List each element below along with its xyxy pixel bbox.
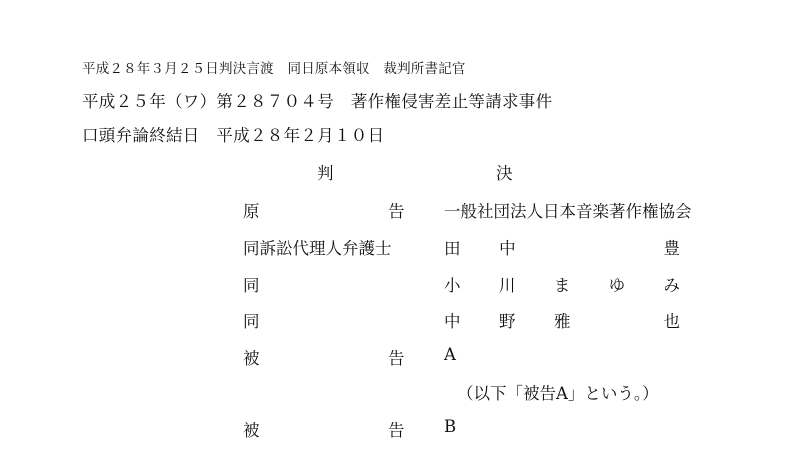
attorney-name: 中 野 雅 也 [444,308,680,332]
attorney-name: 田 中 豊 [444,235,680,259]
party-label: 同 [243,272,260,296]
party-value: B [444,417,456,436]
party-row-attorney-2: 同 小 川 ま ゆ み [243,272,683,294]
party-row-attorney-1: 同訴訟代理人弁護士 田 中 豊 [243,235,683,257]
name-part: み [664,272,681,296]
judgment-date-line: 平成２８年３月２５日判決言渡 同日原本領収 裁判所書記官 [82,57,466,77]
party-row-attorney-3: 同 中 野 雅 也 [243,308,683,330]
name-part: 小 [444,272,461,296]
party-label-start: 被 [243,417,260,441]
name-part: ゆ [609,272,626,296]
name-part: 野 [499,308,516,332]
title-char-han: 判 [317,160,334,184]
party-label-end: 告 [388,417,405,441]
party-label-start: 原 [243,198,260,222]
party-value: 一般社団法人日本音楽著作権協会 [444,198,692,222]
name-part: 川 [499,272,516,296]
party-label: 同訴訟代理人弁護士 [243,235,392,259]
name-part [609,235,625,259]
attorney-name: 小 川 ま ゆ み [444,272,680,296]
party-label-end: 告 [388,198,405,222]
name-part [554,235,570,259]
party-value: A [444,345,456,364]
title-char-ketsu: 決 [496,160,513,184]
party-label-end: 告 [388,345,405,369]
party-row-plaintiff: 原 告 一般社団法人日本音楽著作権協会 [243,198,683,220]
party-label-start: 被 [243,345,260,369]
party-row-defendant-b: 被 告 B [243,417,683,439]
oral-argument-end-date: 口頭弁論終結日 平成２８年２月１０日 [82,122,384,146]
name-part: 中 [444,308,461,332]
name-part: 也 [664,308,681,332]
defendant-a-definition-note: （以下「被告A」という。） [243,380,683,402]
name-part [609,308,625,332]
name-part: ま [554,272,571,296]
case-number-line: 平成２５年（ワ）第２８７０４号 著作権侵害差止等請求事件 [82,88,552,112]
name-part: 中 [499,235,516,259]
name-part: 豊 [664,235,681,259]
note-text: （以下「被告A」という。） [457,380,659,404]
party-row-defendant-a: 被 告 A [243,345,683,367]
party-label: 同 [243,308,260,332]
name-part: 田 [444,235,461,259]
name-part: 雅 [554,308,571,332]
